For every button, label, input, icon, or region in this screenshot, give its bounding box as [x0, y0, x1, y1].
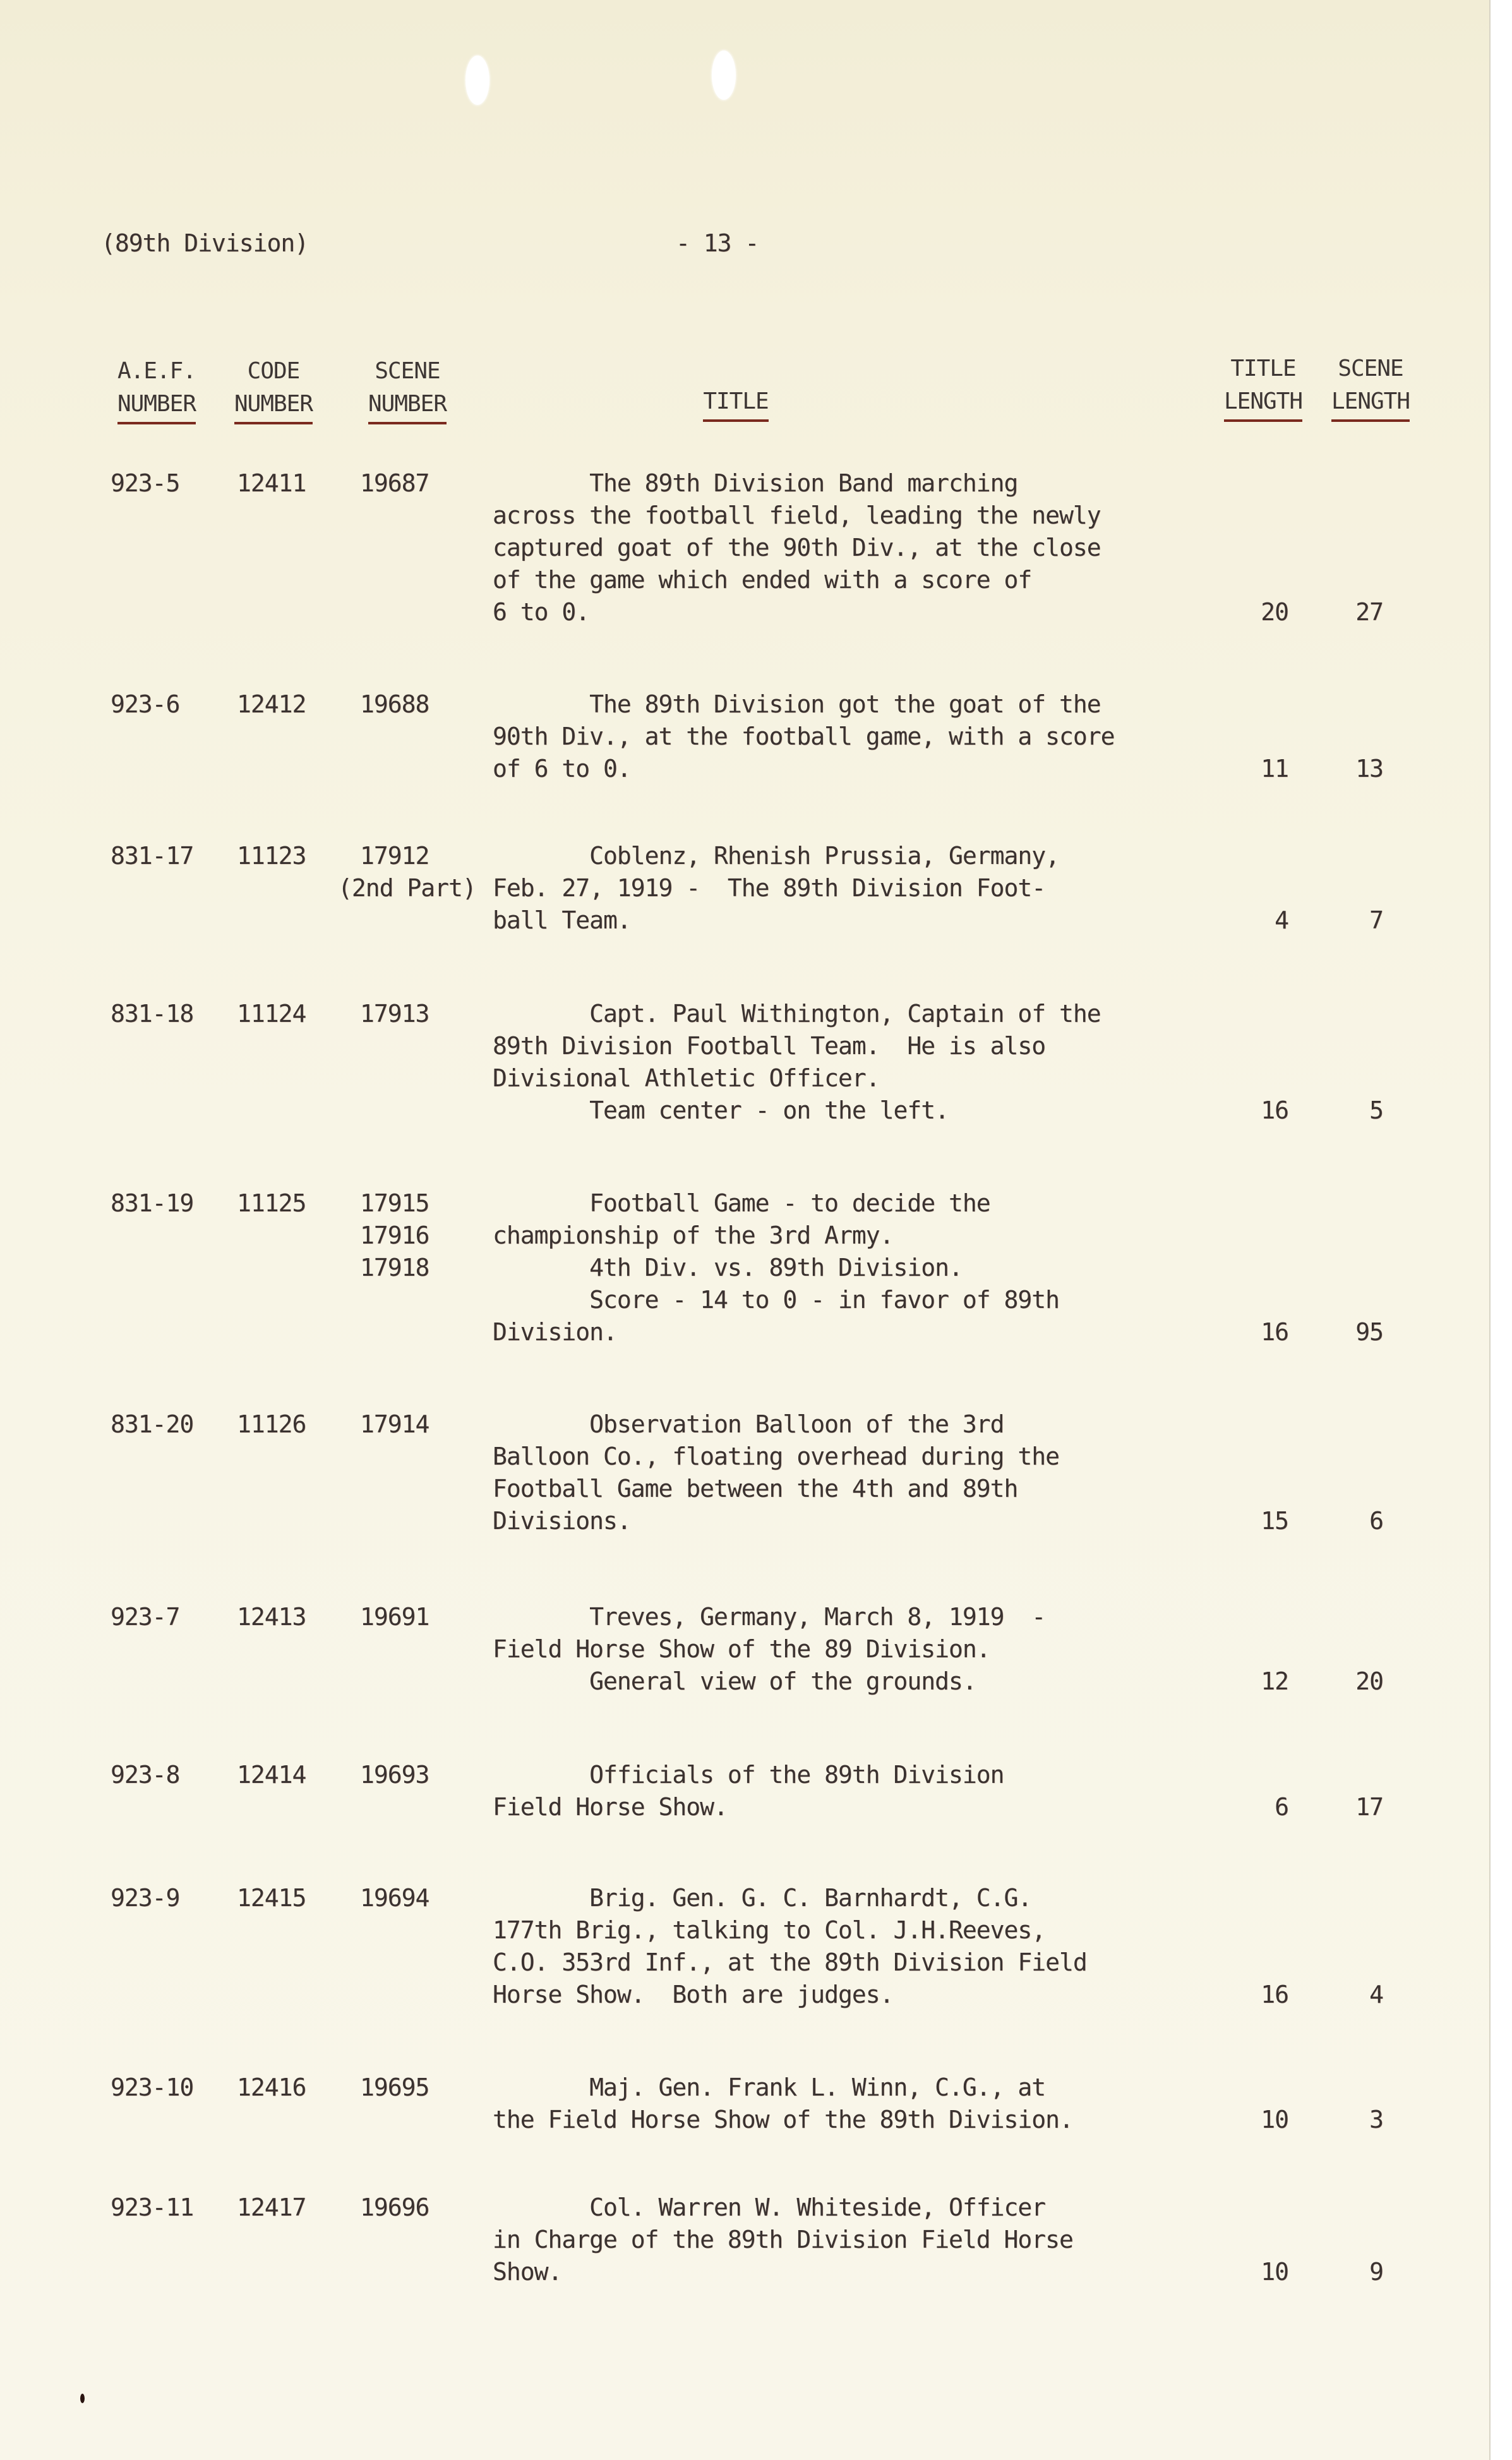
title-line: captured goat of the 90th Div., at the c… [493, 532, 1101, 564]
title-line: of 6 to 0. [493, 753, 631, 785]
title-length: 11 [1238, 753, 1288, 785]
scene-number: 19688 [360, 688, 429, 721]
scene-number: 17912 [360, 840, 429, 872]
title-line: in Charge of the 89th Division Field Hor… [493, 2224, 1073, 2256]
column-header-line: TITLE [703, 385, 768, 422]
title-line: Division. [493, 1316, 617, 1348]
title-line: Show. [493, 2256, 561, 2288]
title-length: 16 [1238, 1316, 1288, 1348]
aef-number: 923-7 [111, 1601, 179, 1633]
scene-number: 19694 [360, 1882, 429, 1914]
scene-number: 17913 [360, 998, 429, 1030]
scene-length: 17 [1333, 1791, 1383, 1823]
title-line: Observation Balloon of the 3rd [493, 1408, 1004, 1441]
scene-number: 17918 [360, 1252, 429, 1284]
title-line: Football Game - to decide the [493, 1187, 990, 1220]
title-line: The 89th Division Band marching [493, 467, 1017, 500]
title-line: C.O. 353rd Inf., at the 89th Division Fi… [493, 1947, 1087, 1979]
aef-number: 923-9 [111, 1882, 179, 1914]
aef-number: 831-18 [111, 998, 193, 1030]
title-length: 16 [1238, 1979, 1288, 2011]
title-length: 4 [1238, 904, 1288, 937]
scene-length: 13 [1333, 753, 1383, 785]
title-length: 10 [1238, 2104, 1288, 2136]
division-header: (89th Division) [101, 227, 308, 260]
title-line: 4th Div. vs. 89th Division. [493, 1252, 963, 1284]
aef-number: 831-17 [111, 840, 193, 872]
aef-number: 831-20 [111, 1408, 193, 1441]
scene-length: 6 [1333, 1505, 1383, 1537]
ink-mark [80, 2394, 85, 2403]
code-number: 11126 [237, 1408, 306, 1441]
scene-number: 19696 [360, 2192, 429, 2224]
aef-number: 923-10 [111, 2072, 193, 2104]
code-number: 11125 [237, 1187, 306, 1220]
scene-length: 27 [1333, 596, 1383, 628]
scene-number: 17916 [360, 1220, 429, 1252]
title-line: Field Horse Show. [493, 1791, 728, 1823]
title-line: Football Game between the 4th and 89th [493, 1473, 1017, 1505]
code-number: 12417 [237, 2192, 306, 2224]
code-number: 11124 [237, 998, 306, 1030]
column-header-line: NUMBER [234, 388, 313, 424]
scene-length: 4 [1333, 1979, 1383, 2011]
scene-length: 5 [1333, 1095, 1383, 1127]
column-header-scene-number: SCENE NUMBER [357, 355, 458, 424]
scene-note: (2nd Part) [338, 872, 476, 904]
title-line: General view of the grounds. [493, 1665, 976, 1698]
title-line: Capt. Paul Withington, Captain of the [493, 998, 1101, 1030]
scene-number: 19695 [360, 2072, 429, 2104]
column-header-aef-number: A.E.F. NUMBER [106, 355, 207, 424]
title-line: The 89th Division got the goat of the [493, 688, 1101, 721]
column-header-code-number: CODE NUMBER [217, 355, 330, 424]
column-header-title-length: TITLE LENGTH [1213, 352, 1314, 422]
title-line: Officials of the 89th Division [493, 1759, 1004, 1791]
column-header-title: TITLE [688, 385, 783, 422]
aef-number: 923-8 [111, 1759, 179, 1791]
column-header-line: CODE [217, 355, 330, 388]
title-line: Feb. 27, 1919 - The 89th Division Foot- [493, 872, 1045, 904]
page-number: - 13 - [676, 227, 759, 260]
title-line: of the game which ended with a score of [493, 564, 1031, 596]
title-line: across the football field, leading the n… [493, 500, 1101, 532]
title-length: 12 [1238, 1665, 1288, 1698]
punch-hole [712, 51, 736, 100]
aef-number: 923-11 [111, 2192, 193, 2224]
title-line: Treves, Germany, March 8, 1919 - [493, 1601, 1045, 1633]
scene-number: 19691 [360, 1601, 429, 1633]
title-line: Divisional Athletic Officer. [493, 1062, 880, 1095]
scene-length: 3 [1333, 2104, 1383, 2136]
column-header-line: NUMBER [117, 388, 196, 424]
title-line: Col. Warren W. Whiteside, Officer [493, 2192, 1045, 2224]
column-header-line: SCENE [1320, 352, 1421, 385]
aef-number: 923-5 [111, 467, 179, 500]
punch-hole [465, 56, 489, 105]
column-header-line: NUMBER [368, 388, 447, 424]
column-header-line: LENGTH [1224, 385, 1302, 422]
code-number: 12411 [237, 467, 306, 500]
title-line: championship of the 3rd Army. [493, 1220, 893, 1252]
code-number: 12415 [237, 1882, 306, 1914]
scene-length: 7 [1333, 904, 1383, 937]
aef-number: 831-19 [111, 1187, 193, 1220]
scene-number: 17914 [360, 1408, 429, 1441]
column-header-line: LENGTH [1331, 385, 1410, 422]
title-length: 6 [1238, 1791, 1288, 1823]
title-line: Divisions. [493, 1505, 631, 1537]
title-line: Horse Show. Both are judges. [493, 1979, 893, 2011]
scene-number: 19693 [360, 1759, 429, 1791]
code-number: 12412 [237, 688, 306, 721]
document-page: (89th Division) - 13 - A.E.F. NUMBER COD… [0, 0, 1491, 2460]
title-line: Team center - on the left. [493, 1095, 949, 1127]
title-length: 15 [1238, 1505, 1288, 1537]
scene-length: 95 [1333, 1316, 1383, 1348]
title-length: 16 [1238, 1095, 1288, 1127]
column-header-scene-length: SCENE LENGTH [1320, 352, 1421, 422]
column-header-line: SCENE [357, 355, 458, 388]
scene-length: 9 [1333, 2256, 1383, 2288]
code-number: 12413 [237, 1601, 306, 1633]
title-line: 90th Div., at the football game, with a … [493, 721, 1115, 753]
title-line: Balloon Co., floating overhead during th… [493, 1441, 1059, 1473]
aef-number: 923-6 [111, 688, 179, 721]
title-line: Maj. Gen. Frank L. Winn, C.G., at [493, 2072, 1045, 2104]
column-header-line: TITLE [1213, 352, 1314, 385]
title-line: the Field Horse Show of the 89th Divisio… [493, 2104, 1073, 2136]
title-line: Score - 14 to 0 - in favor of 89th [493, 1284, 1059, 1316]
scene-number: 19687 [360, 467, 429, 500]
title-line: ball Team. [493, 904, 631, 937]
code-number: 11123 [237, 840, 306, 872]
code-number: 12414 [237, 1759, 306, 1791]
column-header-line: A.E.F. [106, 355, 207, 388]
title-line: 6 to 0. [493, 596, 589, 628]
title-line: 89th Division Football Team. He is also [493, 1030, 1045, 1062]
title-line: 177th Brig., talking to Col. J.H.Reeves, [493, 1914, 1045, 1947]
title-length: 20 [1238, 596, 1288, 628]
title-line: Brig. Gen. G. C. Barnhardt, C.G. [493, 1882, 1031, 1914]
title-length: 10 [1238, 2256, 1288, 2288]
title-line: Field Horse Show of the 89 Division. [493, 1633, 990, 1665]
scene-length: 20 [1333, 1665, 1383, 1698]
code-number: 12416 [237, 2072, 306, 2104]
title-line: Coblenz, Rhenish Prussia, Germany, [493, 840, 1059, 872]
scene-number: 17915 [360, 1187, 429, 1220]
